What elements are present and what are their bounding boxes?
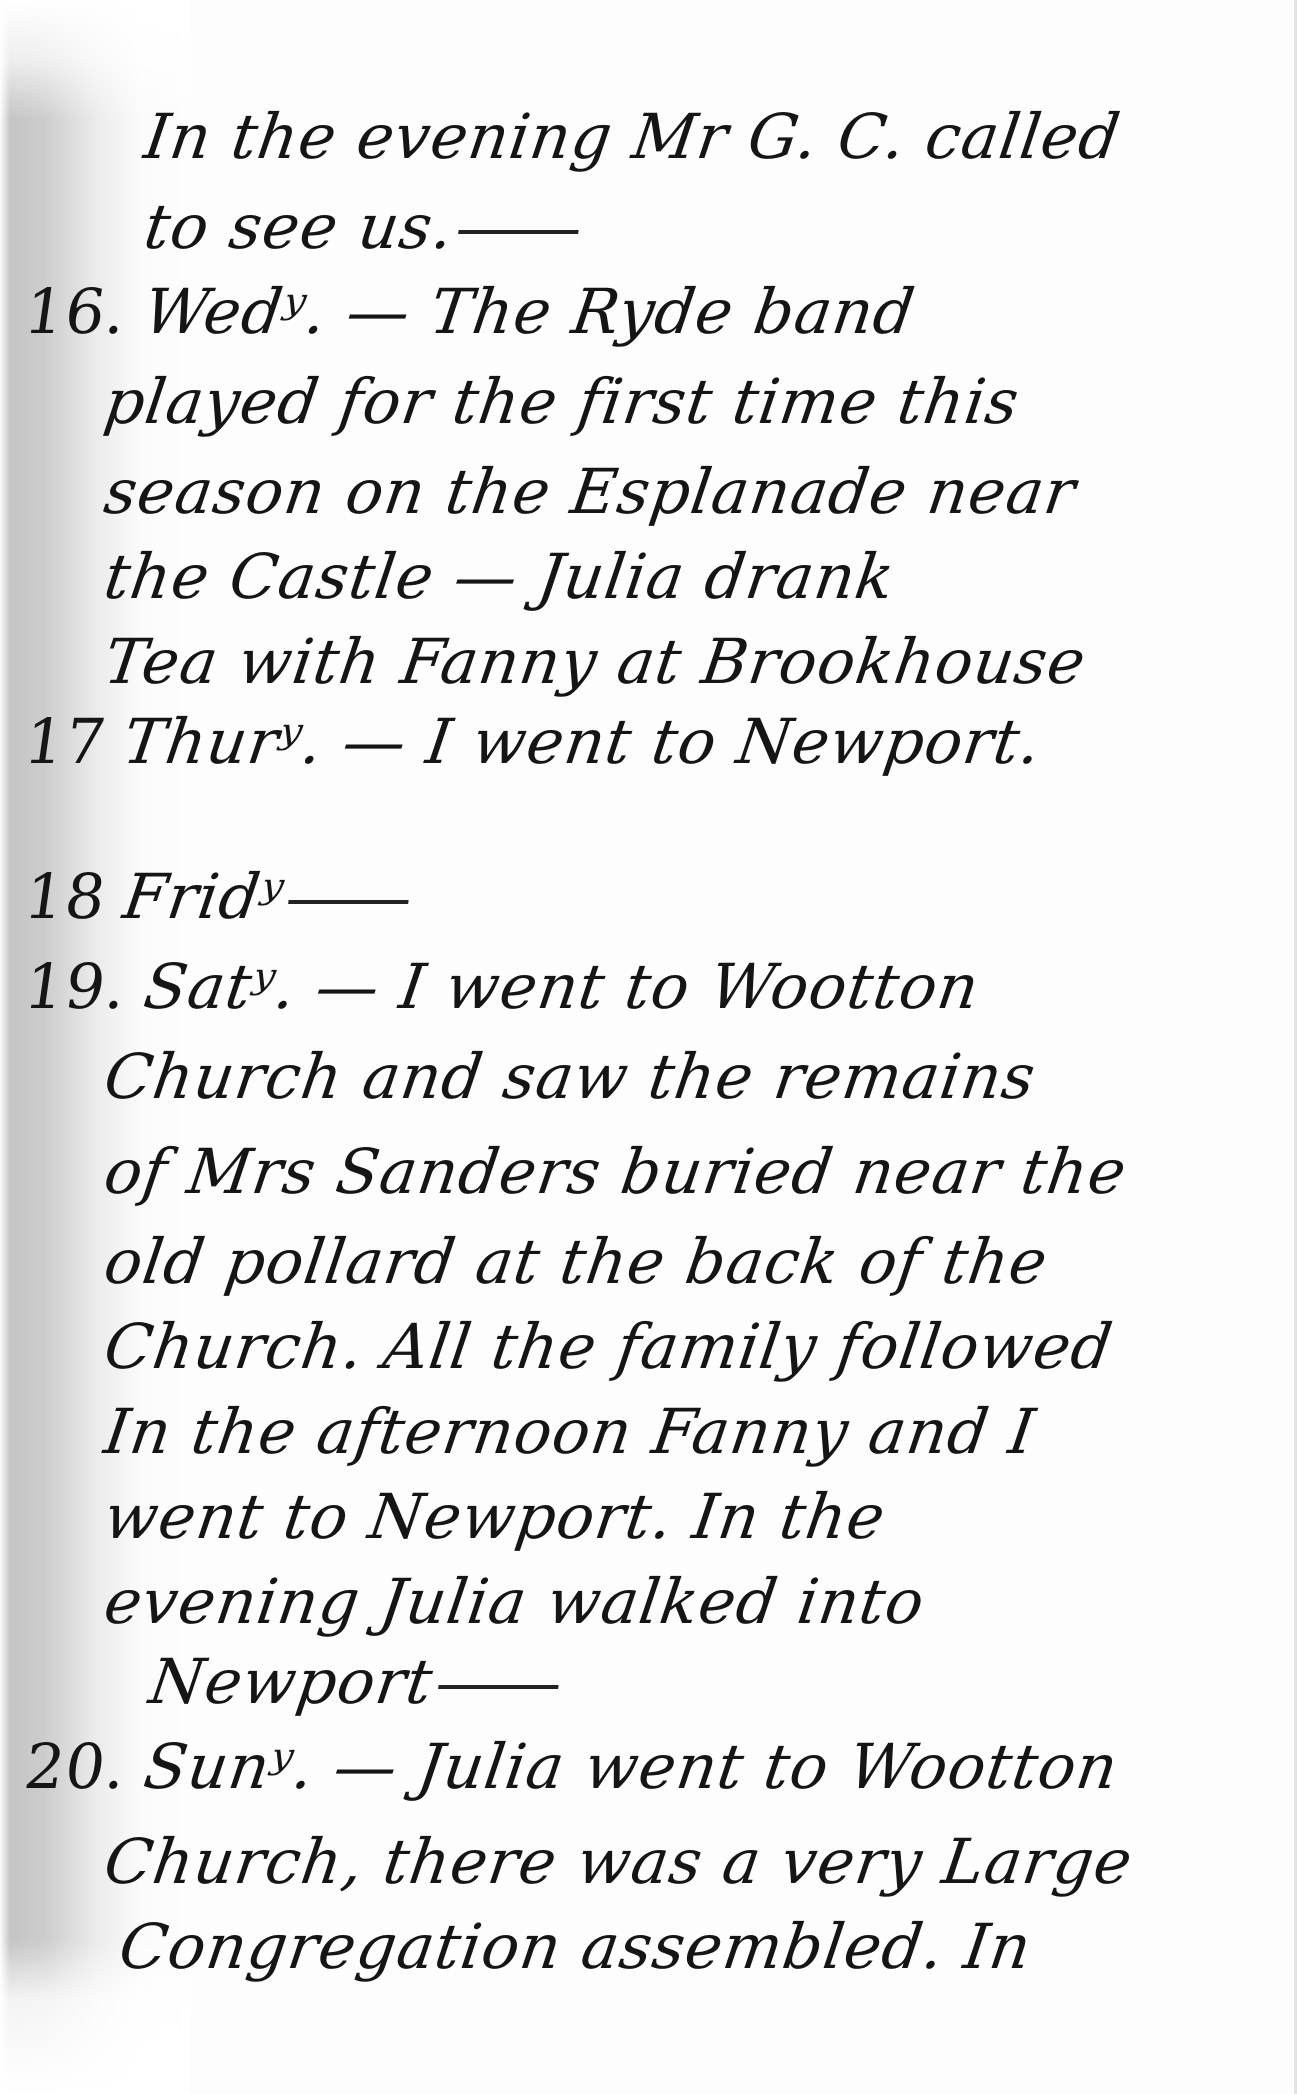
line-text: Tea with Fanny at Brookhouse xyxy=(100,625,1091,698)
diary-entry-17: 17Thurʸ. — I went to Newport. xyxy=(20,705,1046,778)
line-text: Fridʸ xyxy=(119,860,288,933)
diary-line: of Mrs Sanders buried near the xyxy=(100,1135,1131,1208)
line-text: season on the Esplanade near xyxy=(100,455,1080,528)
diary-line: In the evening Mr G. C. called xyxy=(140,100,1125,173)
diary-line: season on the Esplanade near xyxy=(100,455,1080,528)
entry-date: 17 xyxy=(20,705,111,778)
diary-line: Church. All the family followed xyxy=(100,1310,1117,1383)
diary-entry-20: 20.Sunʸ. — Julia went to Wootton xyxy=(20,1730,1123,1803)
line-text: Newport xyxy=(145,1645,438,1718)
underline-dash xyxy=(288,900,409,904)
line-text: evening Julia walked into xyxy=(100,1565,929,1638)
diary-line: Tea with Fanny at Brookhouse xyxy=(100,625,1091,698)
diary-line: Newport xyxy=(145,1645,564,1718)
line-text: the Castle — Julia drank xyxy=(100,540,899,613)
entry-date: 20. xyxy=(20,1730,132,1803)
line-text: Sunʸ. — Julia went to Wootton xyxy=(140,1730,1123,1803)
entry-date: 19. xyxy=(20,950,132,1023)
diary-line: Congregation assembled. In xyxy=(115,1910,1036,1983)
diary-entry-18: 18Fridʸ xyxy=(20,860,414,933)
entry-date: 16. xyxy=(20,275,132,348)
line-text: of Mrs Sanders buried near the xyxy=(100,1135,1131,1208)
diary-line: the Castle — Julia drank xyxy=(100,540,899,613)
diary-line: Church and saw the remains xyxy=(100,1040,1040,1113)
underline-dash xyxy=(458,230,579,234)
diary-entry-19: 19.Satʸ. — I went to Wootton xyxy=(20,950,984,1023)
line-text: Church, there was a very Large xyxy=(100,1825,1137,1898)
line-text: went to Newport. In the xyxy=(100,1480,890,1553)
diary-line: to see us. xyxy=(140,190,585,263)
line-text: In the afternoon Fanny and I xyxy=(100,1395,1040,1468)
diary-line: went to Newport. In the xyxy=(100,1480,890,1553)
entry-date: 18 xyxy=(20,860,111,933)
diary-line: old pollard at the back of the xyxy=(100,1225,1052,1298)
line-text: Church and saw the remains xyxy=(100,1040,1040,1113)
line-text: Wedʸ. — The Ryde band xyxy=(140,275,920,348)
line-text: In the evening Mr G. C. called xyxy=(140,100,1125,173)
line-text: to see us. xyxy=(140,190,459,263)
line-text: played for the first time this xyxy=(100,365,1024,438)
underline-dash xyxy=(438,1685,559,1689)
diary-line: played for the first time this xyxy=(100,365,1024,438)
diary-page: In the evening Mr G. C. called to see us… xyxy=(0,0,1297,2094)
line-text: Church. All the family followed xyxy=(100,1310,1117,1383)
line-text: Satʸ. — I went to Wootton xyxy=(140,950,985,1023)
diary-line: evening Julia walked into xyxy=(100,1565,929,1638)
line-text: old pollard at the back of the xyxy=(100,1225,1052,1298)
diary-line: Church, there was a very Large xyxy=(100,1825,1137,1898)
diary-entry-16: 16.Wedʸ. — The Ryde band xyxy=(20,275,920,348)
line-text: Congregation assembled. In xyxy=(115,1910,1036,1983)
line-text: Thurʸ. — I went to Newport. xyxy=(119,705,1046,778)
diary-line: In the afternoon Fanny and I xyxy=(100,1395,1040,1468)
